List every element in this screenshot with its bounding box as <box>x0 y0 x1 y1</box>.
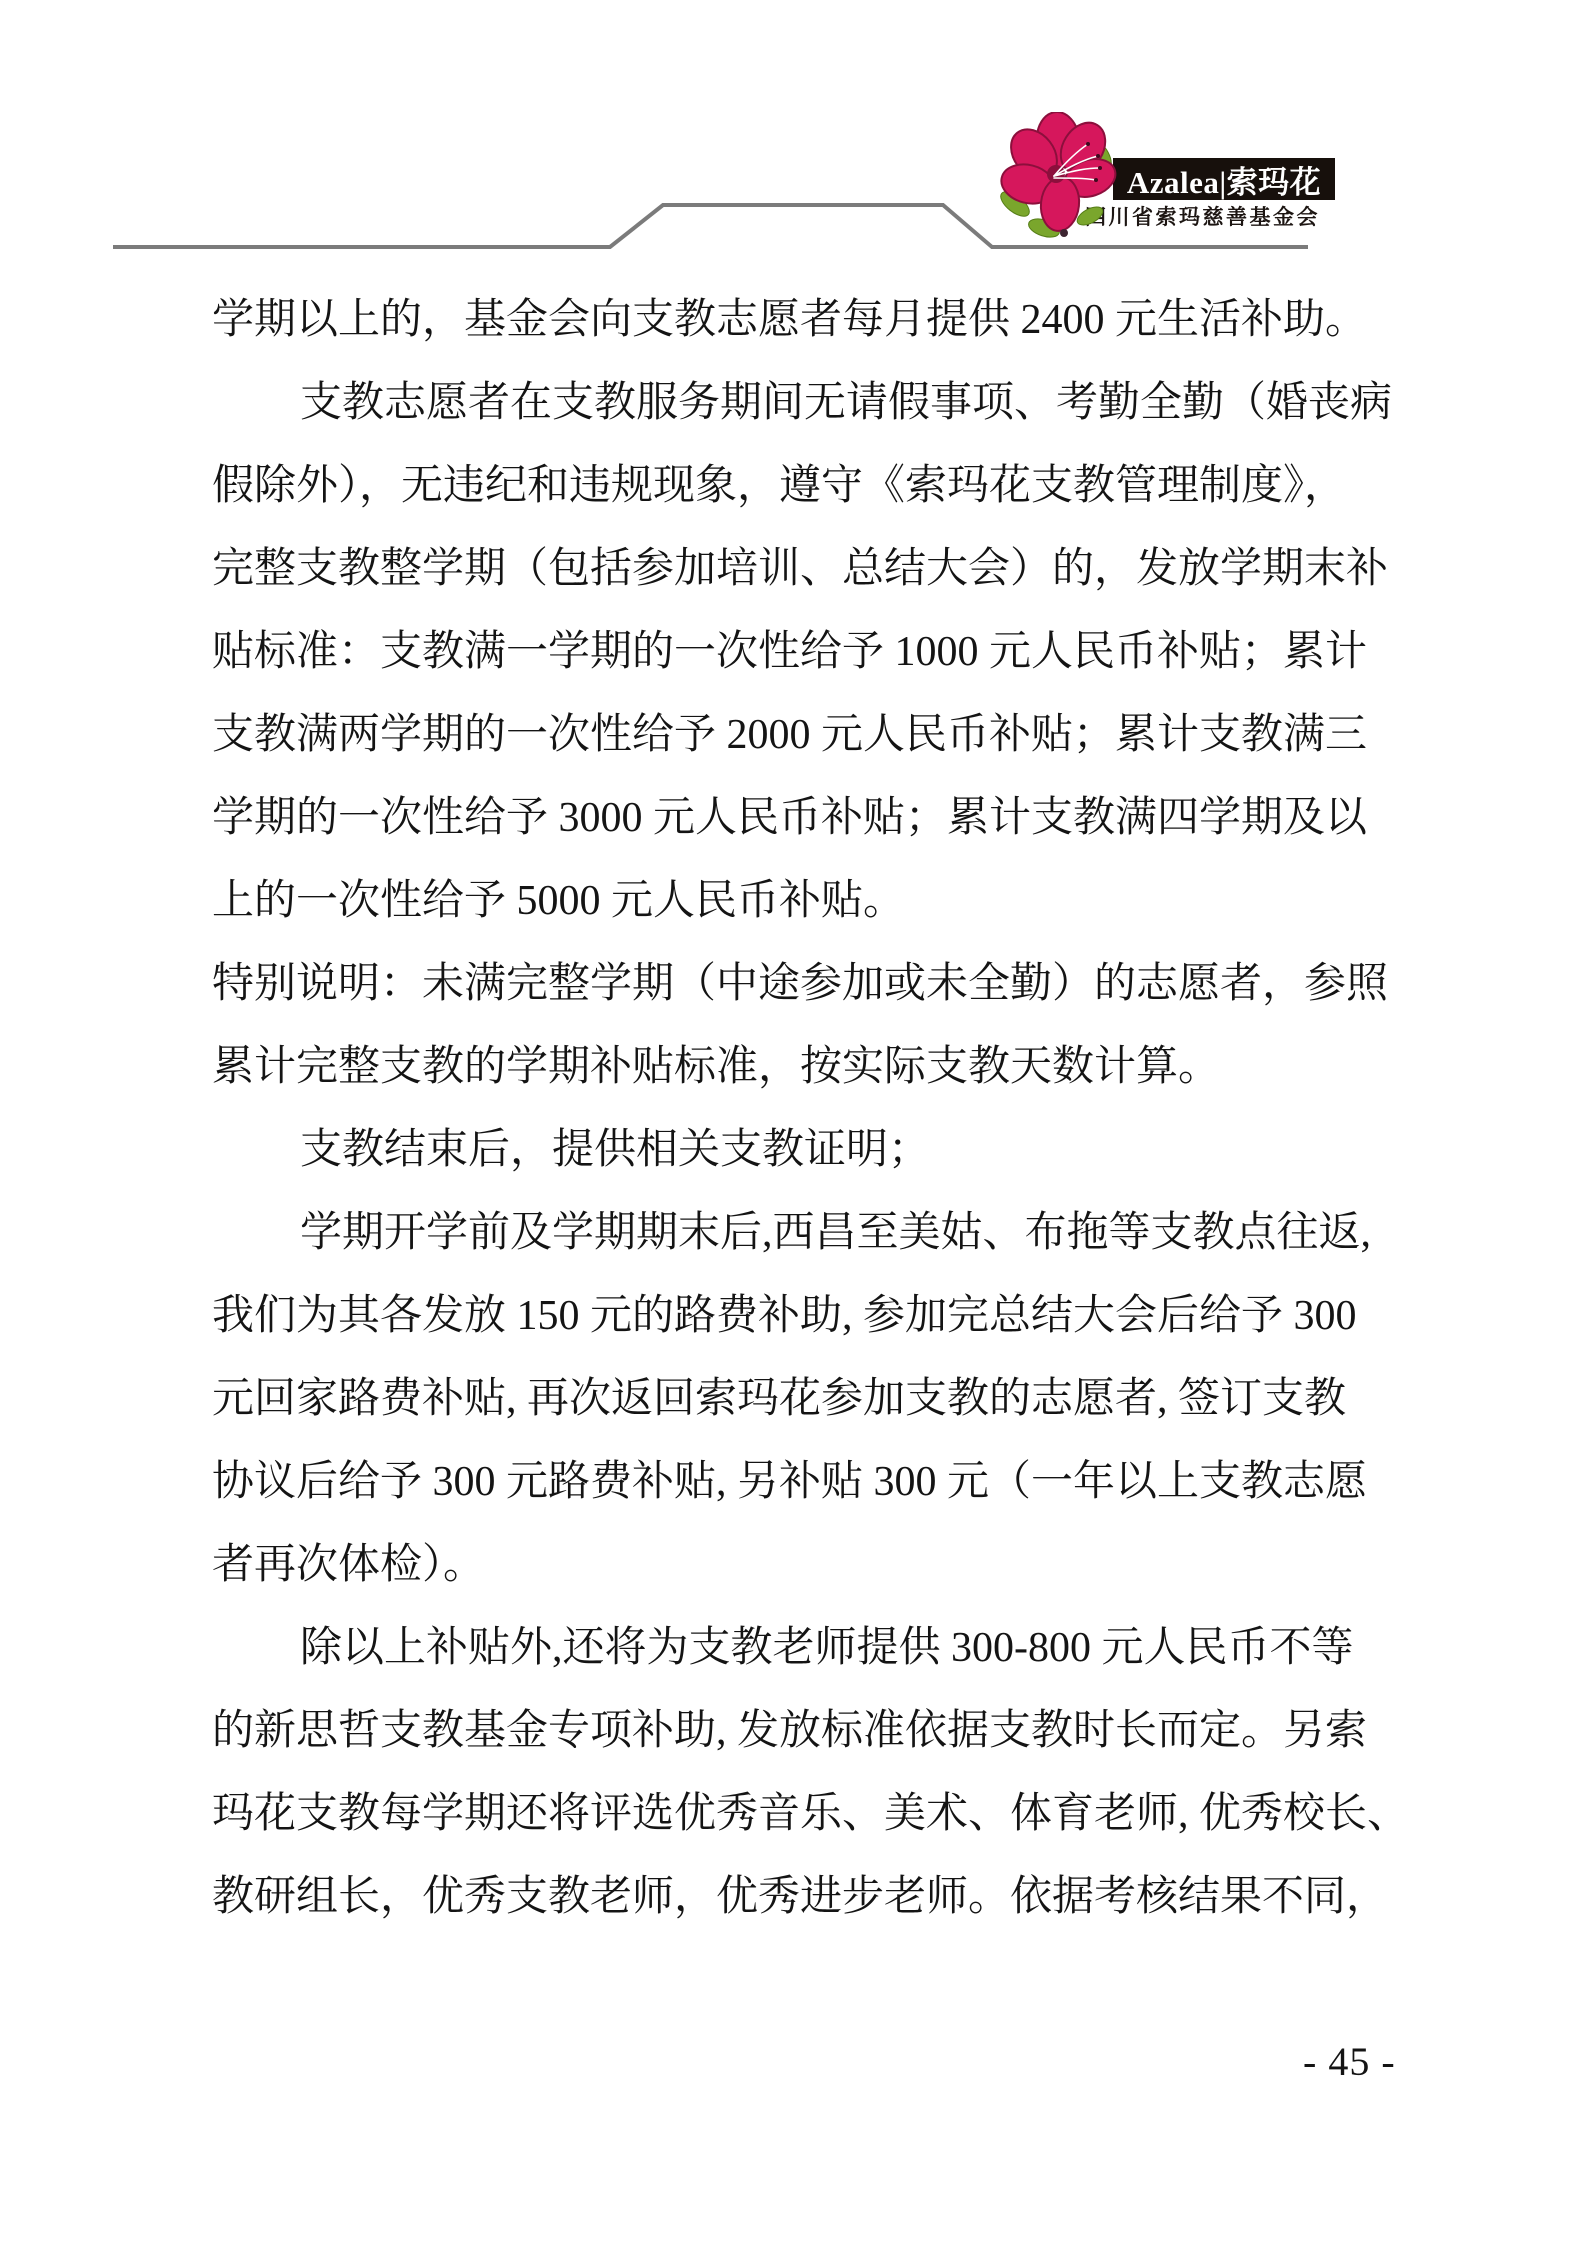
text-line: 上的一次性给予 5000 元人民币补贴。 <box>212 860 1462 943</box>
header-divider-line <box>0 0 1587 300</box>
text-line: 假除外），无违纪和违规现象，遵守《索玛花支教管理制度》， <box>212 445 1462 528</box>
text-line: 特别说明：未满完整学期（中途参加或未全勤）的志愿者，参照 <box>212 943 1462 1026</box>
text-line: 完整支教整学期（包括参加培训、总结大会）的，发放学期末补 <box>212 528 1462 611</box>
text-line: 支教志愿者在支教服务期间无请假事项、考勤全勤（婚丧病 <box>212 362 1462 445</box>
page-number: - 45 - <box>1303 2038 1396 2085</box>
text-line: 支教结束后，提供相关支教证明； <box>212 1109 1462 1192</box>
text-line: 教研组长，优秀支教老师，优秀进步老师。依据考核结果不同， <box>212 1856 1462 1939</box>
text-line: 元回家路费补贴, 再次返回索玛花参加支教的志愿者, 签订支教 <box>212 1358 1462 1441</box>
azalea-flower-icon <box>998 112 1126 244</box>
text-line: 贴标准：支教满一学期的一次性给予 1000 元人民币补贴；累计 <box>212 611 1462 694</box>
text-line: 学期开学前及学期期末后,西昌至美姑、布拖等支教点往返, <box>212 1192 1462 1275</box>
text-line: 学期的一次性给予 3000 元人民币补贴；累计支教满四学期及以 <box>212 777 1462 860</box>
document-page: Azalea|索玛花 四川省索玛慈善基金会 <box>0 0 1587 2245</box>
text-line: 我们为其各发放 150 元的路费补助, 参加完总结大会后给予 300 <box>212 1275 1462 1358</box>
document-body: 学期以上的，基金会向支教志愿者每月提供 2400 元生活补助。 支教志愿者在支教… <box>212 279 1462 1939</box>
text-line: 学期以上的，基金会向支教志愿者每月提供 2400 元生活补助。 <box>212 279 1462 362</box>
text-line: 累计完整支教的学期补贴标准，按实际支教天数计算。 <box>212 1026 1462 1109</box>
text-line: 玛花支教每学期还将评选优秀音乐、美术、体育老师, 优秀校长、 <box>212 1773 1462 1856</box>
logo-banner: Azalea|索玛花 <box>1113 158 1335 200</box>
text-line: 者再次体检）。 <box>212 1524 1462 1607</box>
logo-brand-text: Azalea|索玛花 <box>1127 157 1321 202</box>
text-line: 协议后给予 300 元路费补贴, 另补贴 300 元（一年以上支教志愿 <box>212 1441 1462 1524</box>
text-line: 的新思哲支教基金专项补助, 发放标准依据支教时长而定。另索 <box>212 1690 1462 1773</box>
text-line: 支教满两学期的一次性给予 2000 元人民币补贴；累计支教满三 <box>212 694 1462 777</box>
text-line: 除以上补贴外,还将为支教老师提供 300-800 元人民币不等 <box>212 1607 1462 1690</box>
